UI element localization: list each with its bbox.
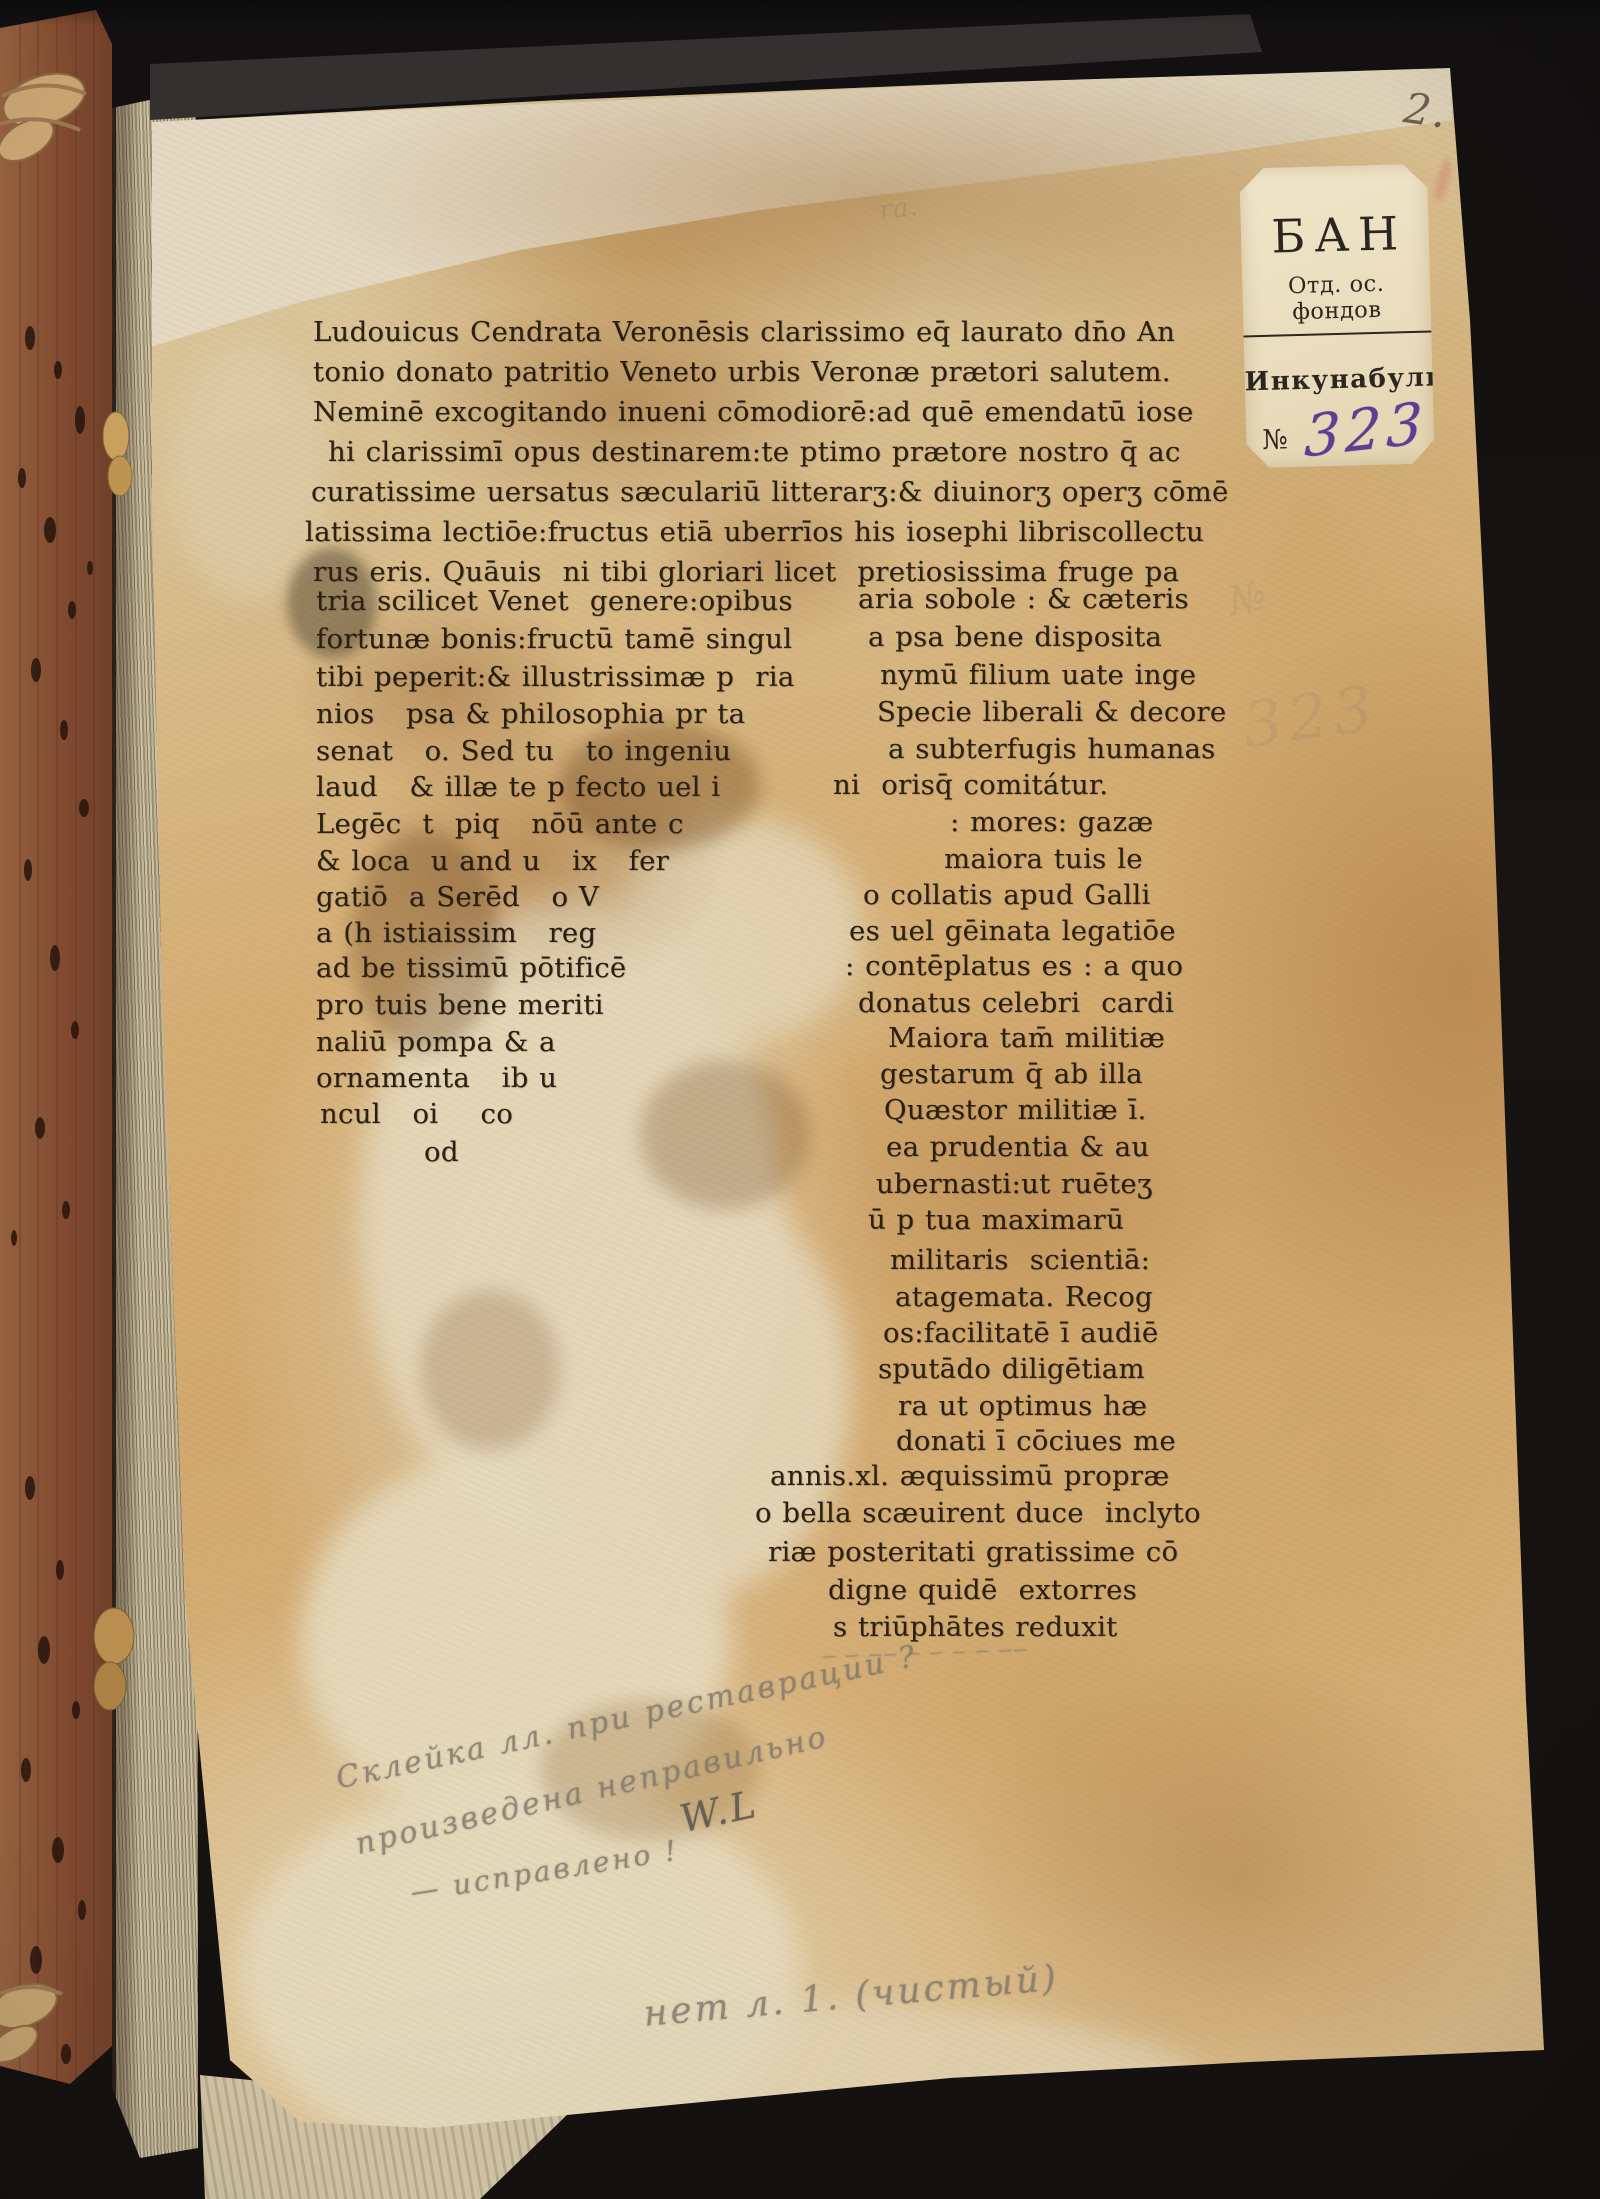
incunable-text-line: o collatis apud Galli — [863, 879, 1151, 911]
incunable-text-line: Maiora tam̄ militiæ — [888, 1022, 1165, 1054]
incunable-text-line: hi clarissimī opus destinarem:te ptimo p… — [328, 436, 1181, 468]
incunable-text-line: riæ posteritati gratissime cō — [768, 1536, 1178, 1568]
incunable-text-line: donati ī cōciues me — [896, 1425, 1176, 1457]
sewing-cord-knot — [86, 1602, 142, 1718]
library-label: БАН Отд. ос. фондов Инкунабулы № 323 — [1239, 164, 1435, 469]
incunable-text-line: os:facilitatē ī audiē — [883, 1317, 1158, 1349]
photo-backdrop: Ludouicus Cendrata Veronēsis clarissimo … — [0, 0, 1600, 2199]
incunable-text-line: aria sobole : & cæteris — [858, 583, 1189, 615]
incunable-text-line: curatissime uersatus sæculariū litterarʒ… — [311, 476, 1229, 508]
incunable-text-line: a subterfugis humanas — [888, 733, 1216, 765]
label-numero-sign: № — [1262, 424, 1288, 456]
incunable-text-line: tonio donato patritio Veneto urbis Veron… — [313, 356, 1171, 388]
incunable-text-line: ncul oi co — [320, 1098, 513, 1130]
incunable-text-line: : contēplatus es : a quo — [845, 950, 1183, 982]
incunable-text-line: nymū filium uate inge — [880, 659, 1196, 691]
incunable-text-line: ū p tua maximarū — [868, 1204, 1124, 1236]
folio-number: 2. — [1401, 83, 1451, 138]
incunable-text-line: Neminē excogitando inueni cōmodiorē:ad q… — [313, 396, 1194, 428]
incunable-text-line: a (h istiaissim reg — [316, 917, 596, 949]
book-page: Ludouicus Cendrata Veronēsis clarissimo … — [0, 0, 1600, 2199]
incunable-text-line: ea prudentia & au — [886, 1131, 1149, 1163]
incunable-text-line: Specie liberali & decore — [877, 696, 1226, 728]
sewing-cord-knot — [98, 402, 138, 506]
incunable-text-line: nios psa & philosophia pr ta — [316, 698, 745, 730]
incunable-text-line: ni orisq̄ comitátur. — [833, 769, 1108, 801]
incunable-text-line: militaris scientiā: — [890, 1244, 1150, 1276]
incunable-text-line: digne quidē extorres — [828, 1574, 1137, 1606]
incunable-text-line: annis.xl. æquissimū propræ — [770, 1460, 1169, 1492]
handwritten-note: ra. — [878, 192, 920, 226]
incunable-text-line: sputādo diligētiam — [878, 1353, 1145, 1385]
incunable-text-line: gestarum q̄ ab illa — [880, 1058, 1143, 1090]
wooden-board-cover — [0, 8, 125, 2088]
incunable-text-line: ad be tissimū pōtificē — [316, 952, 627, 984]
incunable-text-line: donatus celebri cardi — [858, 987, 1174, 1019]
incunable-text-line: ubernasti:ut ruēteʒ — [876, 1168, 1153, 1200]
incunable-text-line: naliū pompa & a — [316, 1026, 556, 1058]
incunable-text-line: laud & illæ te p fecto uel i — [316, 771, 720, 803]
incunable-text-line: tibi peperit:& illustrissimæ p ria — [316, 661, 795, 693]
incunable-text-line: es uel gēinata legatiōe — [849, 915, 1176, 947]
incunable-text-line: senat o. Sed tu to ingeniu — [316, 735, 731, 767]
label-inventory-number: 323 — [1304, 390, 1429, 471]
incunable-text-line: tria scilicet Venet genere:opibus — [316, 585, 793, 617]
incunable-text-line: latissima lectiōe:fructus etiā uberrīos … — [305, 516, 1204, 548]
incunable-text-line: ra ut optimus hæ — [898, 1390, 1147, 1422]
incunable-text-line: od — [424, 1136, 459, 1168]
incunable-text-line: pro tuis bene meriti — [316, 989, 604, 1021]
incunable-text-line: Quæstor militiæ ī. — [884, 1094, 1147, 1126]
incunable-text-line: o bella scæuirent duce inclyto — [755, 1497, 1201, 1529]
incunable-text-line: fortunæ bonis:fructū tamē singul — [316, 623, 792, 655]
incunable-text-line: a psa bene disposita — [868, 621, 1162, 653]
label-institution: БАН — [1240, 206, 1429, 265]
incunable-text-line: gatiō a Serēd o V — [316, 881, 599, 913]
incunable-text-line: atagemata. Recog — [895, 1281, 1153, 1313]
incunable-text-line: ornamenta ib u — [316, 1062, 557, 1094]
incunable-text-line: Ludouicus Cendrata Veronēsis clarissimo … — [313, 316, 1175, 348]
label-department: Отд. ос. фондов — [1242, 270, 1432, 338]
handwritten-note: № — [1224, 571, 1276, 625]
incunable-text-line: maiora tuis le — [944, 843, 1143, 875]
incunable-text-line: & loca u and u ix fer — [316, 845, 669, 877]
incunable-text-line: Legēc t piq nōū ante c — [316, 808, 684, 840]
incunable-text-line: : mores: gazæ — [950, 806, 1153, 838]
